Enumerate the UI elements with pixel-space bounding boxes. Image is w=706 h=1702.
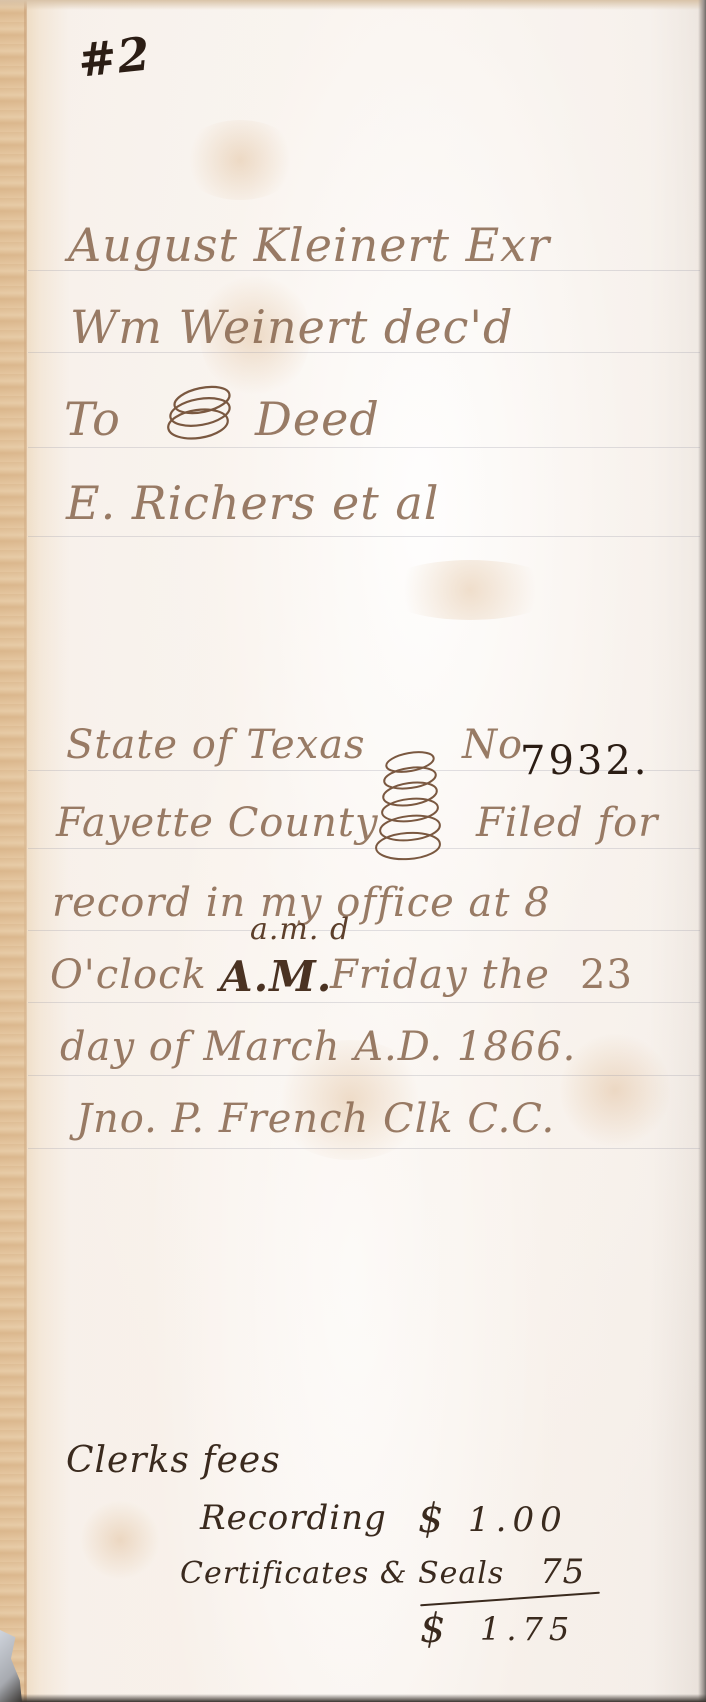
stain: [560, 1030, 670, 1150]
document-page: #2 August Kleinert Exr Wm Weinert dec'd …: [0, 0, 706, 1702]
cert-date: day of March A.D. 1866.: [60, 1024, 576, 1070]
paper-top-edge: [0, 0, 706, 10]
cert-no-label: No: [462, 722, 523, 768]
cert-filed-for: Filed for: [476, 800, 658, 846]
paper-crease: [24, 0, 27, 1702]
paper-bottom-edge: [0, 1694, 706, 1702]
caption-executor: August Kleinert Exr: [68, 218, 550, 272]
fee-total-amount: 1.75: [480, 1610, 575, 1648]
fees-heading: Clerks fees: [66, 1440, 281, 1481]
cert-day: 23: [580, 952, 633, 998]
fee-recording-currency: $: [418, 1496, 444, 1542]
cert-signature: Jno. P. French Clk C.C.: [76, 1096, 555, 1142]
paper-spine-fold: [0, 0, 26, 1702]
caption-to: To: [64, 392, 121, 446]
stain: [180, 120, 300, 200]
stain: [80, 1500, 160, 1580]
record-number: 7932.: [520, 738, 650, 784]
cert-time-marker: A.M.: [220, 952, 332, 1001]
ruled-line: [28, 1002, 700, 1003]
cert-state: State of Texas: [66, 722, 366, 768]
cert-friday: Friday the: [330, 952, 550, 998]
scroll-flourish-icon: [370, 748, 450, 868]
fee-recording-amount: 1.00: [468, 1500, 568, 1540]
file-number: #2: [75, 26, 153, 87]
paper-right-edge: [698, 0, 706, 1702]
ruled-line: [28, 1148, 700, 1149]
caption-grantee: E. Richers et al: [66, 476, 439, 530]
total-rule: [420, 1592, 600, 1607]
ruled-line: [28, 848, 700, 849]
ruled-line: [28, 930, 700, 931]
scroll-flourish-icon: [160, 378, 240, 448]
fee-total-currency: $: [420, 1606, 446, 1652]
fee-certificates-label: Certificates & Seals: [180, 1556, 504, 1591]
caption-deed: Deed: [255, 392, 380, 446]
ruled-line: [28, 536, 700, 537]
caption-decedent: Wm Weinert dec'd: [70, 300, 513, 354]
fee-certificates-amount: 75: [540, 1552, 585, 1592]
cert-time-interlinear: a.m. d: [250, 912, 350, 947]
cert-oclock: O'clock: [50, 952, 207, 998]
ruled-line: [28, 447, 700, 448]
cert-county: Fayette County: [56, 800, 379, 846]
stain: [380, 560, 560, 620]
fee-recording-label: Recording: [200, 1498, 387, 1538]
ruled-line: [28, 1075, 700, 1076]
